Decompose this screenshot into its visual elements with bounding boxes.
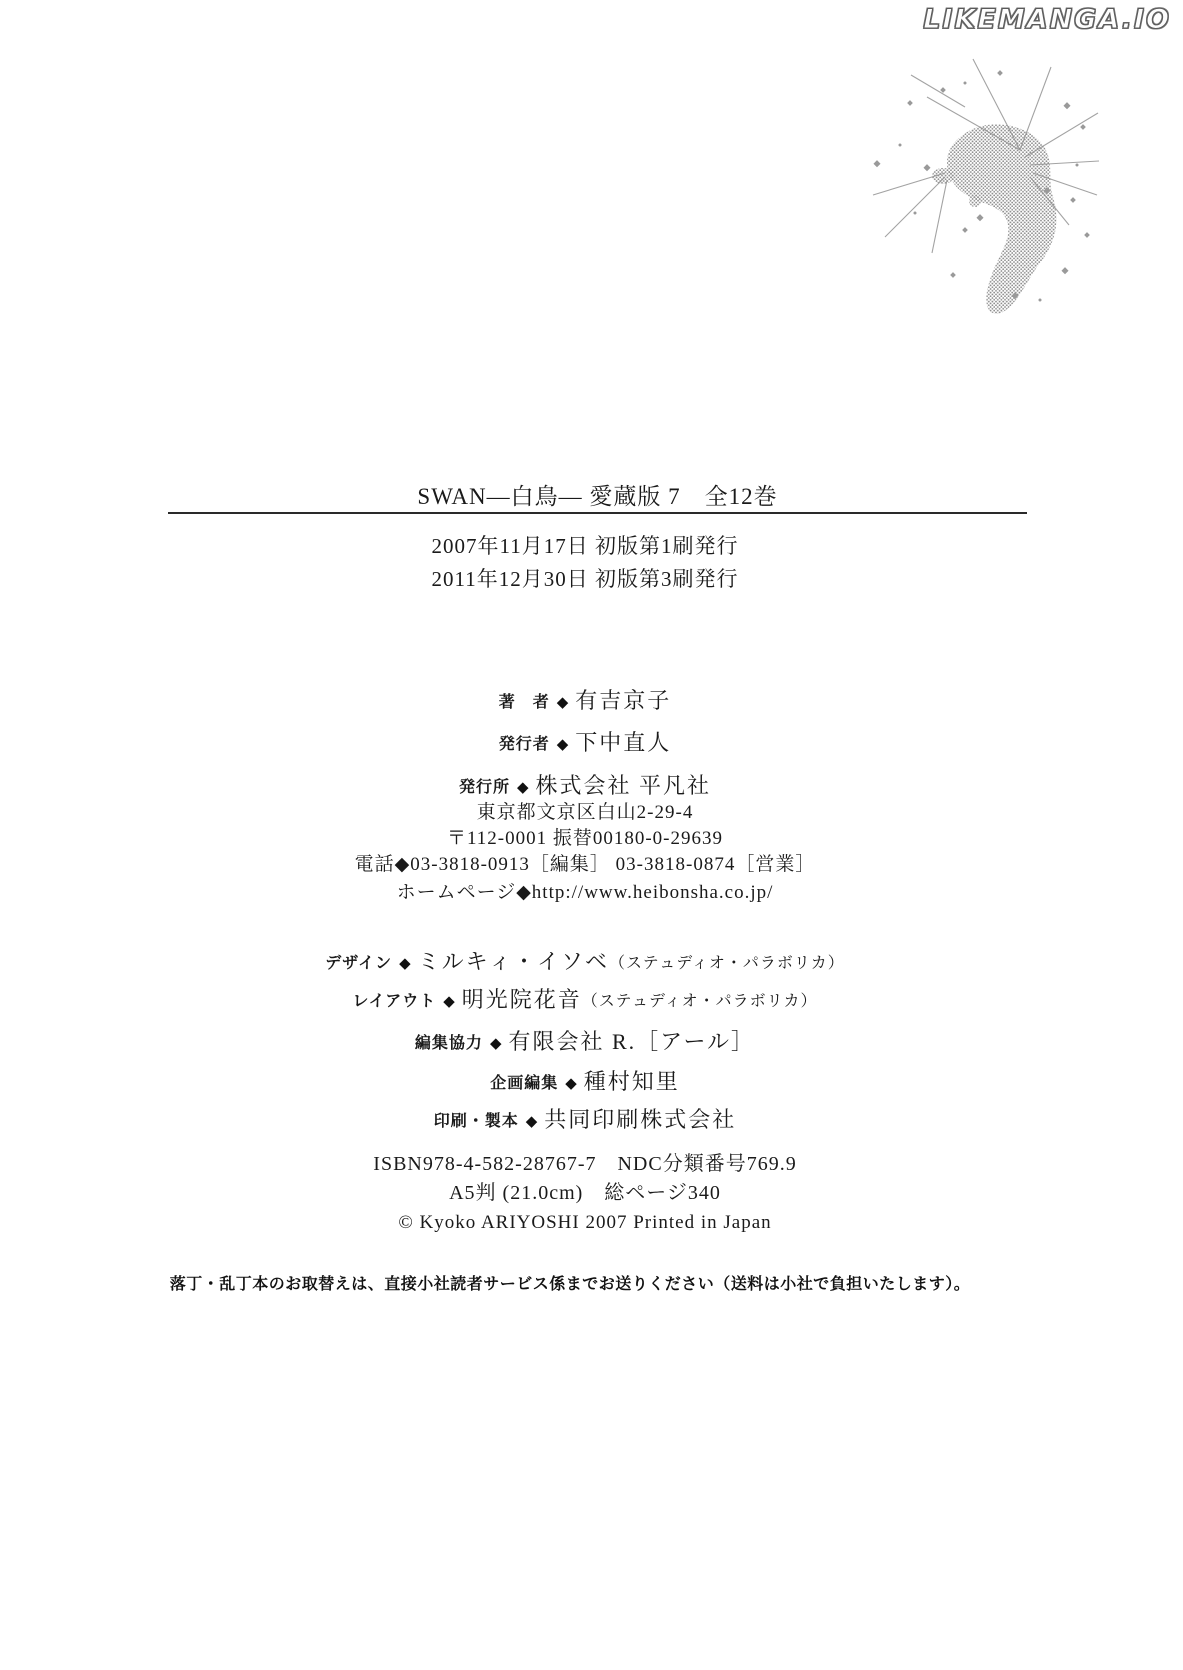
book-title: SWAN―白鳥― 愛蔵版 7 全12巻 (417, 484, 777, 509)
diamond-separator: ◆ (526, 1114, 538, 1130)
credit-label: 発行者 (499, 736, 550, 753)
credit-value: 明光院花音 (462, 987, 582, 1012)
site-watermark: LIKEMANGA.IO (923, 4, 1171, 35)
diamond-separator: ◆ (490, 1036, 502, 1052)
publisher-phone: 電話◆03-3818-0913［編集］ 03-3818-0874［営業］ (0, 852, 1170, 877)
printing-line-first: 2007年11月17日 初版第1刷発行 (0, 533, 1170, 559)
credit-row-publisher-company: 発行所◆株式会社 平凡社 (0, 772, 1170, 803)
diamond-separator: ◆ (399, 956, 411, 972)
credit-value: 有吉京子 (575, 688, 671, 713)
credit-value: ミルキィ・イソベ (418, 949, 609, 974)
credit-row-author: 著 者◆有吉京子 (0, 687, 1170, 718)
credit-row-design: デザイン◆ミルキィ・イソベ（ステュディオ・パラボリカ） (0, 948, 1170, 979)
credit-value: 有限会社 R.［アール］ (508, 1029, 755, 1054)
credit-label: 編集協力 (415, 1035, 483, 1052)
credit-value: 種村知里 (584, 1069, 680, 1094)
defective-copy-notice: 落丁・乱丁本のお取替えは、直接小社読者サービス係までお送りください（送料は小社で… (0, 1271, 1140, 1294)
credit-label: 発行所 (459, 779, 510, 796)
credit-label: 印刷・製本 (434, 1113, 519, 1130)
diamond-separator: ◆ (557, 737, 569, 753)
printing-line-third: 2011年12月30日 初版第3刷発行 (0, 566, 1170, 592)
credit-label: 企画編集 (490, 1075, 558, 1092)
credit-label: レイアウト (352, 993, 436, 1010)
publisher-postal-transfer: 〒112-0001 振替00180-0-29639 (0, 826, 1170, 851)
isbn-line: ISBN978-4-582-28767-7 NDC分類番号769.9 (0, 1151, 1170, 1177)
copyright-line: © Kyoko ARIYOSHI 2007 Printed in Japan (0, 1210, 1170, 1236)
credit-note: （ステュディオ・パラボリカ） (609, 955, 845, 972)
credit-row-editorial-cooperation: 編集協力◆有限会社 R.［アール］ (0, 1028, 1170, 1059)
credit-note: （ステュディオ・パラボリカ） (582, 993, 818, 1010)
format-line: A5判 (21.0cm) 総ページ340 (0, 1180, 1170, 1206)
diamond-separator: ◆ (443, 994, 455, 1010)
publisher-address: 東京都文京区白山2-29-4 (0, 800, 1170, 825)
credit-label: 著 者 (499, 694, 550, 711)
credit-row-publisher-person: 発行者◆下中直人 (0, 729, 1170, 760)
credit-label: デザイン (325, 955, 392, 972)
credit-value: 株式会社 平凡社 (536, 773, 712, 798)
colophon-page: LIKEMANGA.IO (0, 0, 1183, 1670)
publisher-homepage: ホームページ◆http://www.heibonsha.co.jp/ (0, 880, 1170, 905)
ink-splash-illustration (815, 45, 1100, 325)
book-title-block: SWAN―白鳥― 愛蔵版 7 全12巻 (168, 484, 1027, 514)
diamond-separator: ◆ (517, 780, 529, 796)
diamond-separator: ◆ (565, 1076, 577, 1092)
diamond-separator: ◆ (557, 695, 569, 711)
credit-row-layout: レイアウト◆明光院花音（ステュディオ・パラボリカ） (0, 986, 1170, 1017)
credit-value: 下中直人 (575, 730, 671, 755)
credit-row-printing-binding: 印刷・製本◆共同印刷株式会社 (0, 1106, 1170, 1137)
credit-row-planning-editing: 企画編集◆種村知里 (0, 1068, 1170, 1099)
credit-value: 共同印刷株式会社 (544, 1107, 736, 1132)
